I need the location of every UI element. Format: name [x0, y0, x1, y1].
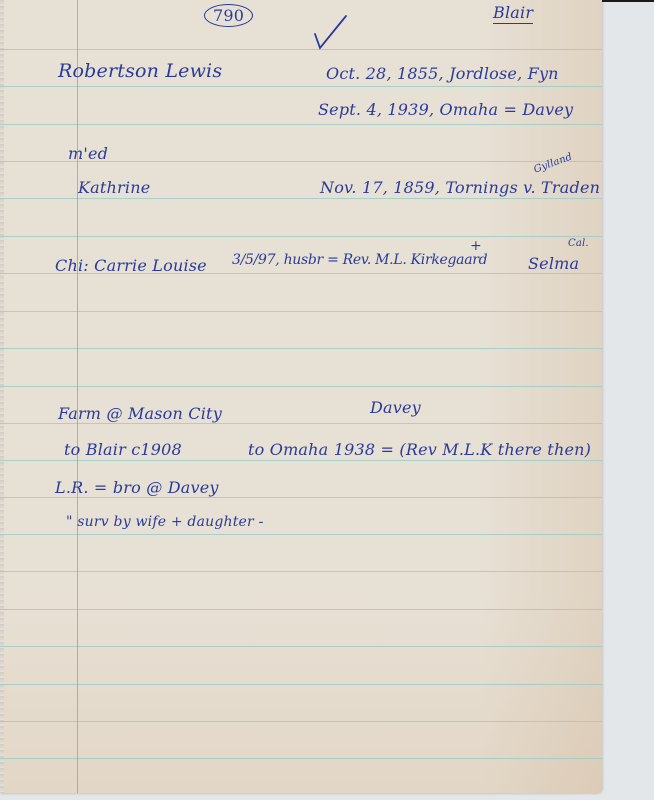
spouse-birth: Nov. 17, 1859, Tornings v. Traden — [320, 178, 600, 197]
rule-line — [0, 758, 602, 759]
rule-line — [0, 311, 602, 312]
margin-line — [77, 0, 78, 793]
cross-mark: + — [470, 238, 482, 254]
married-label: m'ed — [68, 144, 108, 163]
rule-line — [0, 423, 602, 424]
child-place: Selma — [528, 254, 579, 273]
check-mark-icon — [312, 14, 348, 54]
rule-line — [0, 198, 602, 199]
death-date-place: Sept. 4, 1939, Omaha = Davey — [318, 100, 573, 119]
rule-line — [0, 86, 602, 87]
rule-line — [0, 534, 602, 535]
rule-line — [0, 721, 602, 722]
rule-line — [0, 49, 602, 50]
note-lr-brother: L.R. = bro @ Davey — [55, 478, 219, 497]
note-blair: to Blair c1908 — [64, 440, 182, 459]
record-number: 790 — [204, 6, 253, 25]
spouse-birth-annotation: Gylland — [532, 151, 574, 175]
birth-date-place: Oct. 28, 1855, Jordlose, Fyn — [326, 64, 559, 83]
note-farm: Farm @ Mason City — [58, 404, 222, 423]
rule-line — [0, 460, 602, 461]
person-name: Robertson Lewis — [58, 60, 222, 82]
rule-line — [0, 497, 602, 498]
note-omaha: to Omaha 1938 = (Rev M.L.K there then) — [248, 440, 591, 459]
note-davey: Davey — [370, 398, 421, 417]
rule-line — [0, 348, 602, 349]
child-date-and-husband: 3/5/97, husbr = Rev. M.L. Kirkegaard — [232, 252, 487, 268]
ruled-paper-sheet: 790 Blair Robertson Lewis Oct. 28, 1855,… — [0, 0, 602, 793]
rule-line — [0, 386, 602, 387]
rule-line — [0, 609, 602, 610]
rule-line — [0, 571, 602, 572]
note-survived-by: " surv by wife + daughter - — [66, 514, 264, 530]
rule-line — [0, 646, 602, 647]
rule-line — [0, 236, 602, 237]
spouse-name: Kathrine — [78, 178, 150, 197]
children-line: Chi: Carrie Louise — [55, 256, 207, 275]
top-right-note: Blair — [493, 3, 533, 24]
rule-line — [0, 684, 602, 685]
rule-line — [0, 124, 602, 125]
child-place-annotation: Cal. — [568, 238, 589, 249]
